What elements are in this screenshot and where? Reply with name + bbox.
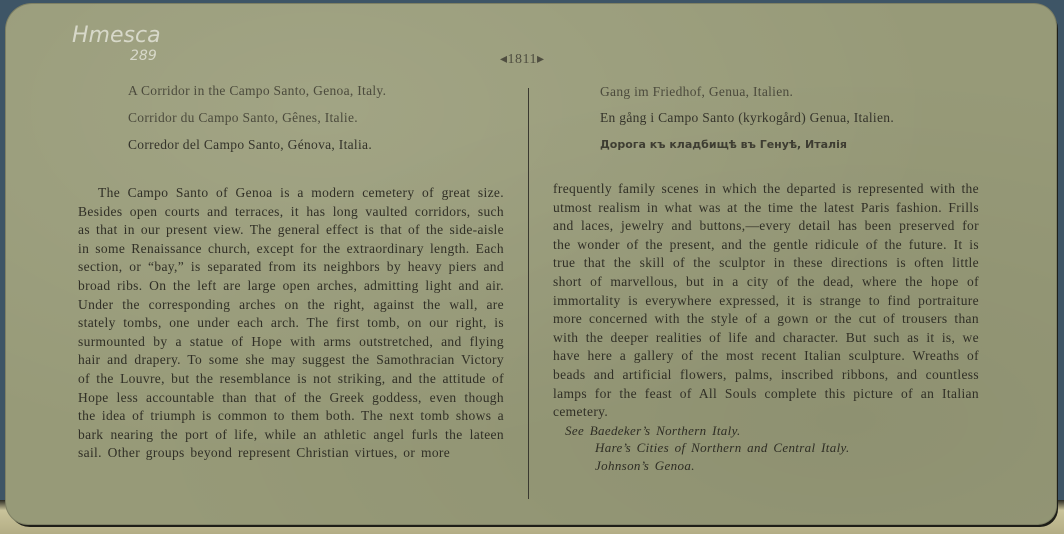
title-russian: Дорога къ кладбищѣ въ Генуѣ, Италія [600,138,847,151]
handwritten-note: Hmesca 289 [72,26,161,66]
description-paragraph-left: The Campo Santo of Genoa is a modern cem… [78,184,504,463]
column-divider [528,88,529,499]
title-spanish: Corredor del Campo Santo, Génova, Italia… [128,137,372,153]
description-paragraph-right: frequently family scenes in which the de… [553,180,979,422]
title-german: Gang im Friedhof, Genua, Italien. [600,84,793,100]
reference-item: Hare’s Cities of Northern and Central It… [595,439,979,457]
catalog-number: ◂1811▸ [500,51,545,68]
description-right-column: frequently family scenes in which the de… [553,180,979,474]
title-english: A Corridor in the Campo Santo, Genoa, It… [128,83,386,99]
stereoview-card-back: Hmesca 289 ◂1811▸ A Corridor in the Camp… [6,4,1056,524]
handwritten-note-line2: 289 [130,46,161,66]
handwritten-note-line1: Hmesca [72,26,161,46]
title-swedish: En gång i Campo Santo (kyrkogård) Genua,… [600,110,894,126]
references-list: See Baedeker’s Northern Italy. Hare’s Ci… [553,422,979,475]
reference-item: Johnson’s Genoa. [595,457,979,475]
reference-item: See Baedeker’s Northern Italy. [565,422,979,440]
title-french: Corridor du Campo Santo, Gênes, Italie. [128,110,358,126]
description-left-column: The Campo Santo of Genoa is a modern cem… [78,184,504,463]
